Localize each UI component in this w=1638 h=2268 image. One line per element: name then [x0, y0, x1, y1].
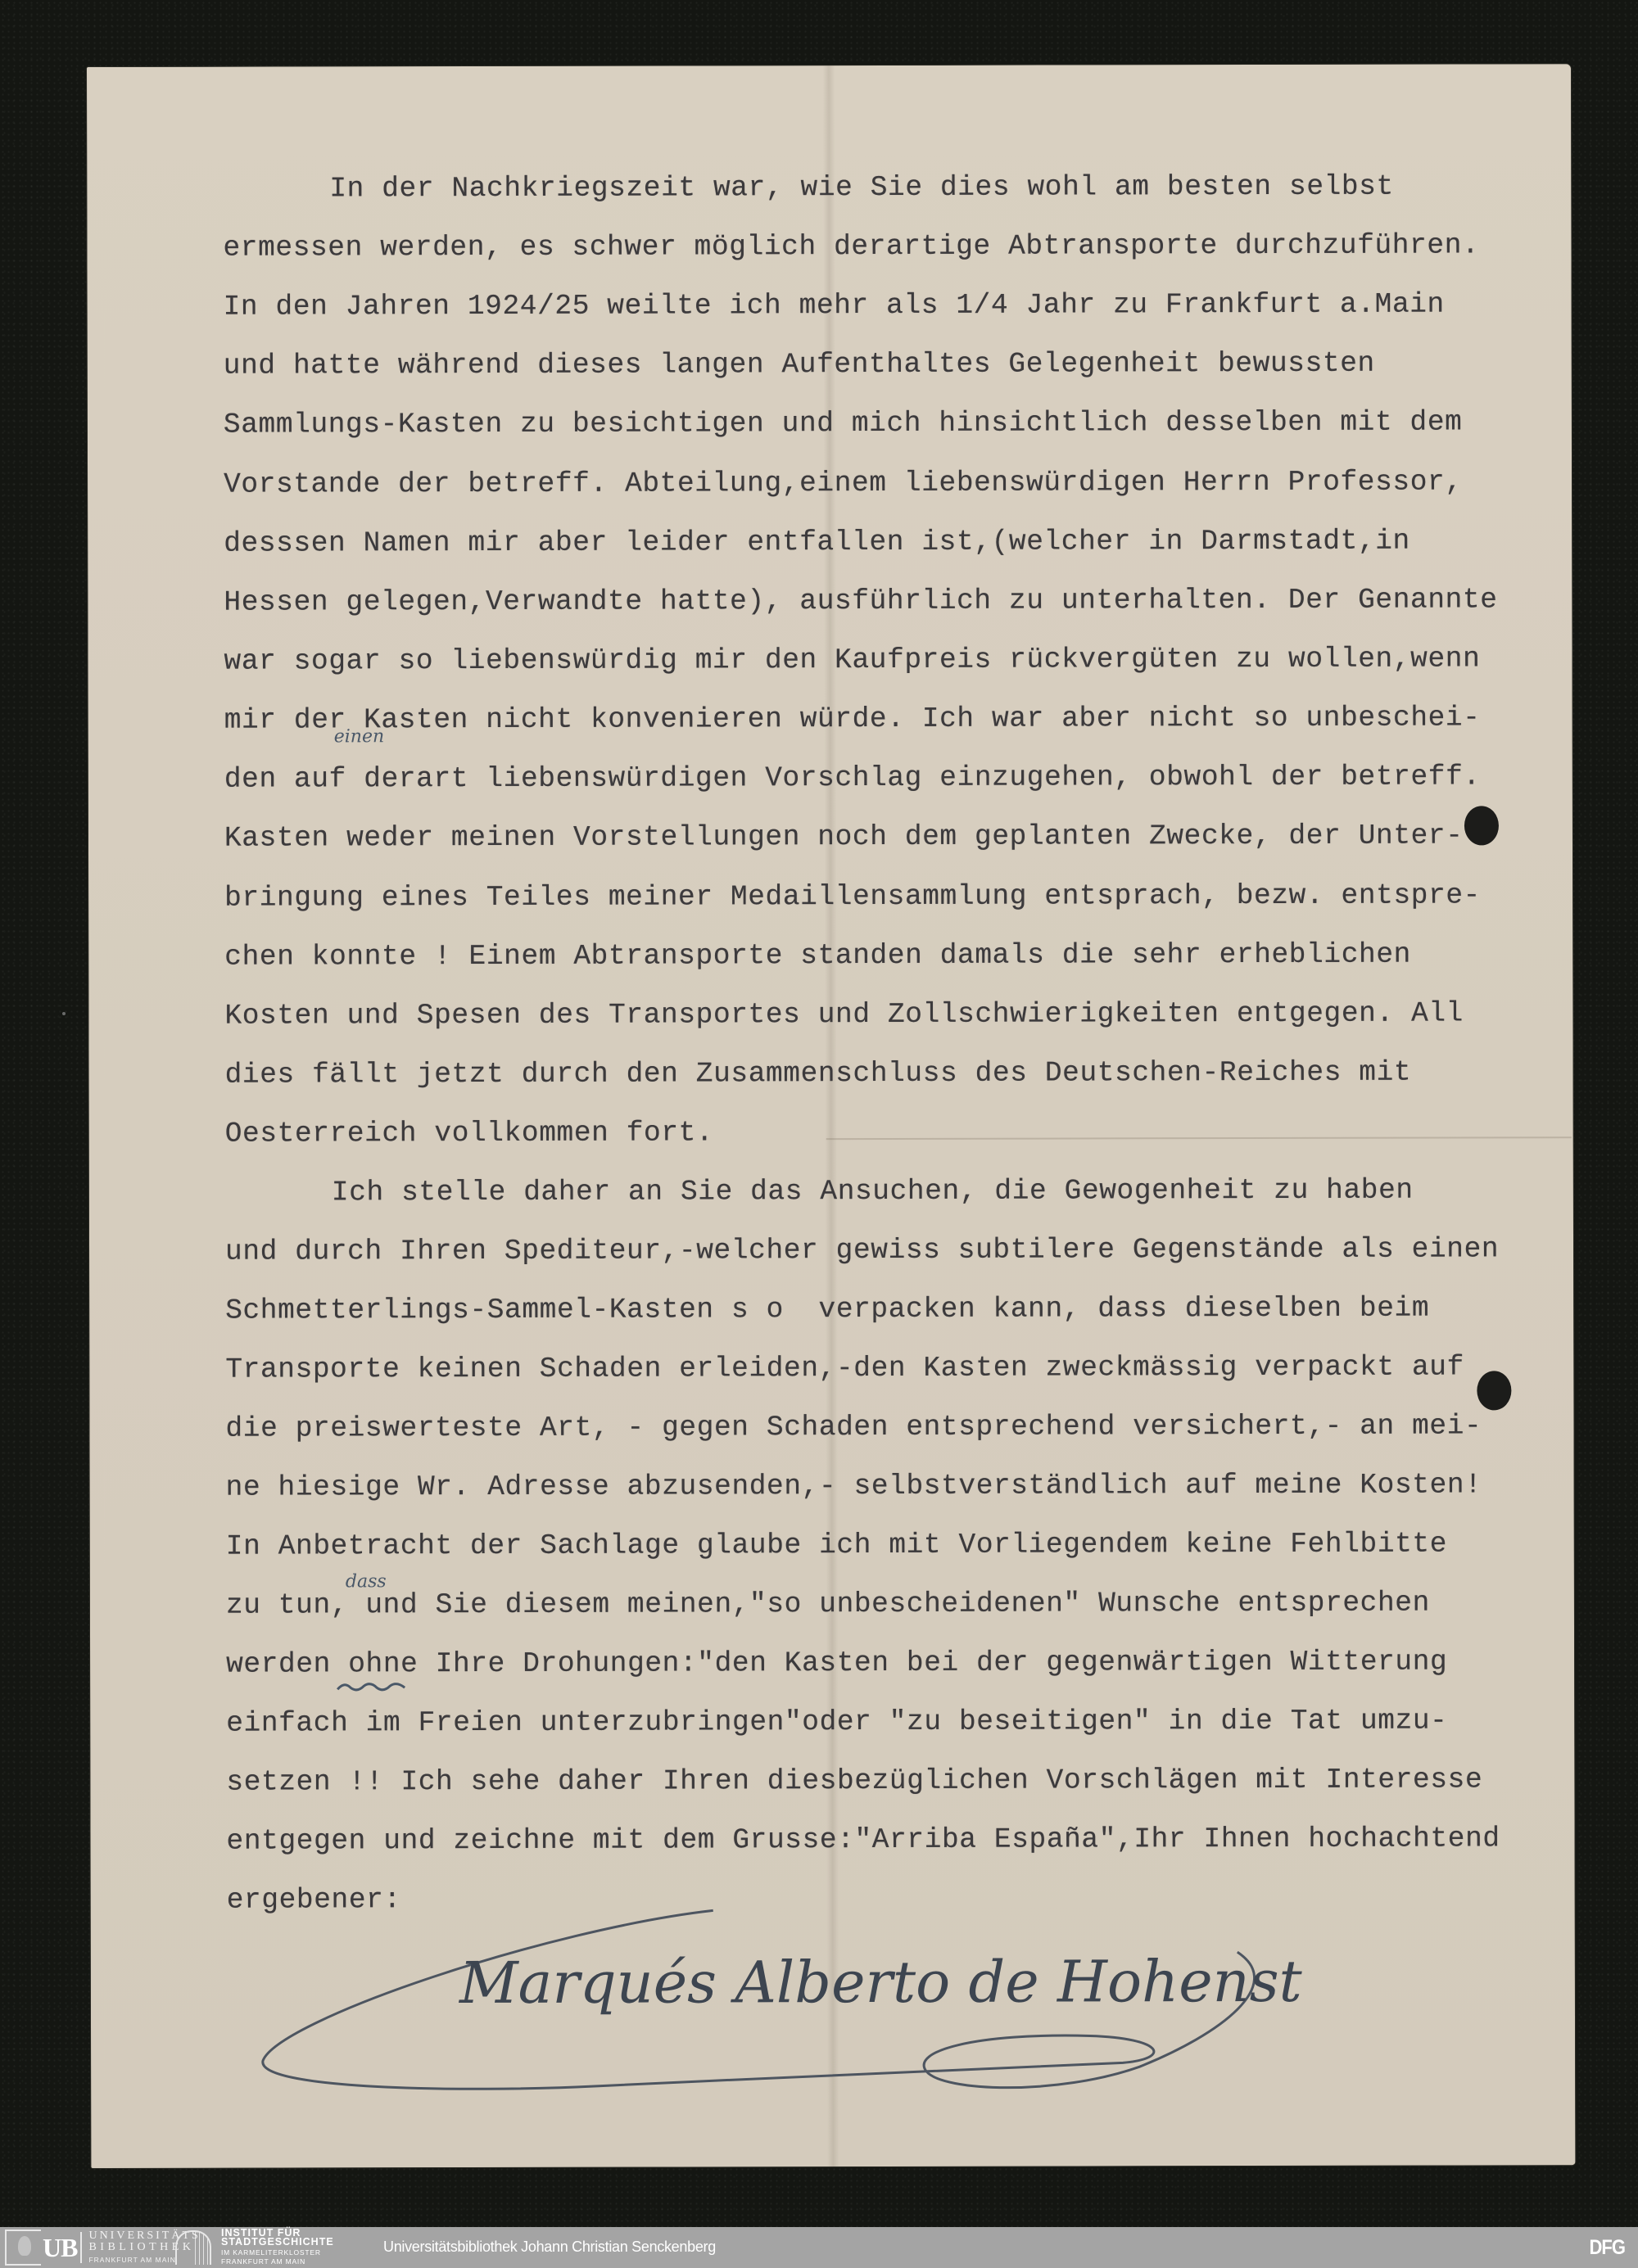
footer-bar: UB UNIVERSITÄTS BIBLIOTHEK FRANKFURT AM …	[0, 2227, 1638, 2268]
text-line: war sogar so liebenswürdig mir den Kaufp…	[224, 643, 1480, 678]
paper-fold-line	[826, 1136, 1572, 1140]
library-name: Universitätsbibliothek Johann Christian …	[383, 2239, 716, 2256]
ifs-logo-text: INSTITUT FÜR STADTGESCHICHTE IM KARMELIT…	[221, 2229, 334, 2266]
text-line: Sammlungs-Kasten zu besichtigen und mich…	[224, 406, 1463, 441]
signature-icon: Marqués Alberto de Hohenstein	[255, 1895, 1304, 2102]
margin-mark	[62, 1012, 66, 1015]
text-line: setzen !! Ich sehe daher Ihren diesbezüg…	[226, 1764, 1482, 1799]
text-line: Kosten und Spesen des Transportes und Zo…	[224, 997, 1464, 1032]
ub-portrait-icon	[5, 2230, 41, 2266]
ifs-logo[interactable]: INSTITUT FÜR STADTGESCHICHTE IM KARMELIT…	[175, 2230, 334, 2265]
text-line: die preiswerteste Art, - gegen Schaden e…	[225, 1410, 1482, 1445]
ub-logo[interactable]: UB UNIVERSITÄTS BIBLIOTHEK FRANKFURT AM …	[5, 2230, 201, 2265]
text-line: desssen Namen mir aber leider entfallen …	[224, 526, 1410, 561]
text-line: chen konnte ! Einem Abtransporte standen…	[224, 939, 1411, 974]
text-line: Ich stelle daher an Sie das Ansuchen, di…	[332, 1175, 1414, 1210]
text-line: ne hiesige Wr. Adresse abzusenden,- selb…	[226, 1469, 1482, 1504]
text-line: In der Nachkriegszeit war, wie Sie dies …	[329, 171, 1394, 206]
text-line: werden ohne Ihre Drohungen:"den Kasten b…	[226, 1647, 1447, 1682]
dfg-logo[interactable]: DFG	[1590, 2235, 1625, 2260]
wavy-underline-icon	[336, 1681, 409, 1692]
text-line: bringung eines Teiles meiner Medaillensa…	[224, 879, 1481, 915]
text-line: mir der Kasten nicht konvenieren würde. …	[224, 702, 1481, 737]
text-line: Oesterreich vollkommen fort.	[225, 1117, 714, 1150]
text-line: entgegen und zeichne mit dem Grusse:"Arr…	[226, 1823, 1500, 1858]
ub-letters: UB	[43, 2232, 82, 2263]
text-line: den auf derart liebenswürdigen Vorschlag…	[224, 761, 1481, 796]
text-line: Vorstande der betreff. Abteilung,einem l…	[224, 466, 1463, 501]
text-line: einfach im Freien unterzubringen"oder "z…	[226, 1706, 1447, 1741]
punch-hole	[1464, 806, 1499, 845]
text-line: In den Jahren 1924/25 weilte ich mehr al…	[224, 289, 1445, 324]
handwritten-insertion: dass	[346, 1571, 387, 1592]
text-line: Schmetterlings-Sammel-Kasten s o verpack…	[225, 1293, 1429, 1328]
text-line: ermessen werden, es schwer möglich derar…	[223, 229, 1479, 264]
text-line: und hatte während dieses langen Aufentha…	[224, 348, 1375, 383]
arch-icon	[175, 2230, 211, 2265]
text-line: Kasten weder meinen Vorstellungen noch d…	[224, 820, 1464, 855]
handwritten-insertion: einen	[334, 726, 384, 747]
text-line: Transporte keinen Schaden erleiden,-den …	[225, 1351, 1464, 1386]
text-line: Hessen gelegen,Verwandte hatte), ausführ…	[224, 584, 1497, 619]
svg-text:Marqués Alberto de Hohenstein: Marqués Alberto de Hohenstein	[458, 1948, 1303, 2017]
letter-page: In der Nachkriegszeit war, wie Sie dies …	[87, 64, 1575, 2168]
text-line: zu tun, und Sie diesem meinen,"so unbesc…	[226, 1588, 1430, 1623]
punch-hole	[1477, 1371, 1511, 1410]
text-line: In Anbetracht der Sachlage glaube ich mi…	[226, 1529, 1447, 1564]
text-line: dies fällt jetzt durch den Zusammenschlu…	[225, 1057, 1412, 1092]
text-line: und durch Ihren Spediteur,-welcher gewis…	[225, 1233, 1499, 1268]
